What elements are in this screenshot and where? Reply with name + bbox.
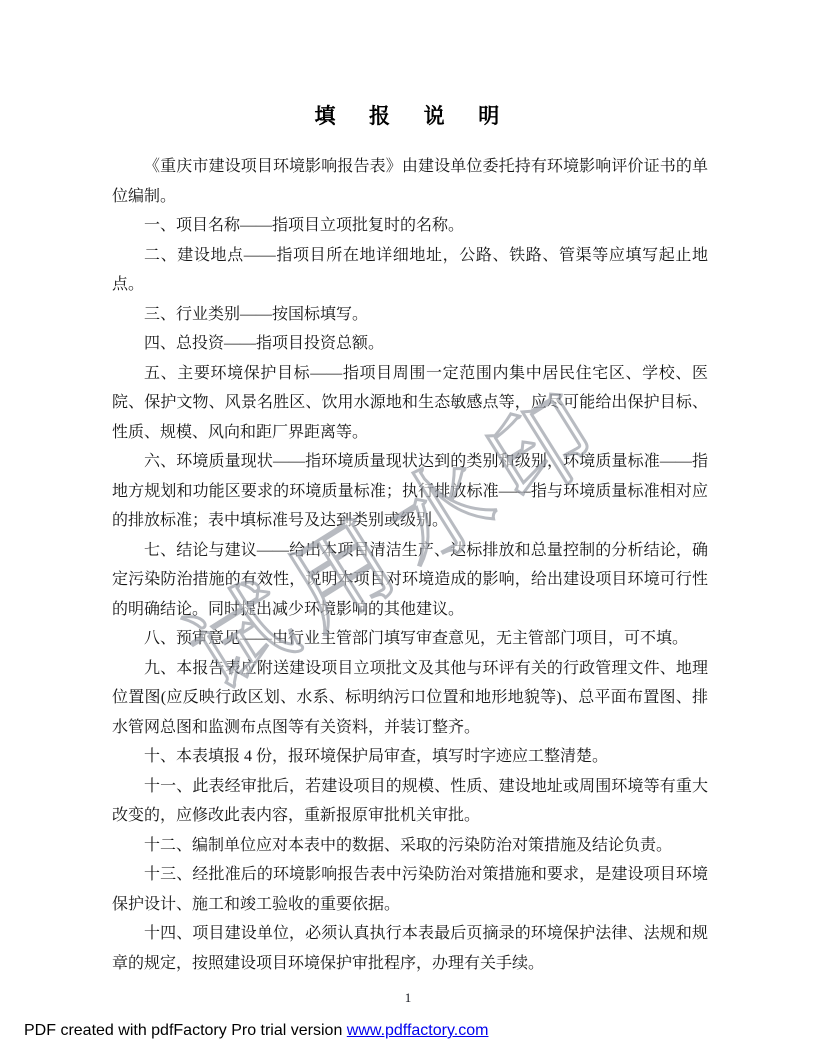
instruction-paragraph: 十二、编制单位应对本表中的数据、采取的污染防治对策措施及结论负责。 <box>112 831 708 861</box>
instruction-paragraph: 五、主要环境保护目标——指项目周围一定范围内集中居民住宅区、学校、医院、保护文物… <box>112 359 708 448</box>
instruction-paragraph: 一、项目名称——指项目立项批复时的名称。 <box>112 211 708 241</box>
pdf-footer: PDF created with pdfFactory Pro trial ve… <box>24 1022 488 1040</box>
pdffactory-link[interactable]: www.pdffactory.com <box>347 1022 489 1039</box>
page-number: 1 <box>0 990 816 1006</box>
instruction-paragraph: 十一、此表经审批后，若建设项目的规模、性质、建设地址或周围环境等有重大改变的，应… <box>112 772 708 831</box>
footer-text: PDF created with pdfFactory Pro trial ve… <box>24 1022 347 1039</box>
instruction-paragraph: 十、本表填报 4 份，报环境保护局审查，填写时字迹应工整清楚。 <box>112 742 708 772</box>
instruction-paragraph: 四、总投资——指项目投资总额。 <box>112 329 708 359</box>
instructions-list: 《重庆市建设项目环境影响报告表》由建设单位委托持有环境影响评价证书的单位编制。一… <box>112 152 708 978</box>
instruction-paragraph: 十四、项目建设单位，必须认真执行本表最后页摘录的环境保护法律、法规和规章的规定，… <box>112 919 708 978</box>
document-page: 试用水印 填 报 说 明 《重庆市建设项目环境影响报告表》由建设单位委托持有环境… <box>0 0 816 1056</box>
page-content: 填 报 说 明 《重庆市建设项目环境影响报告表》由建设单位委托持有环境影响评价证… <box>112 100 708 978</box>
instruction-paragraph: 九、本报告表应附送建设项目立项批文及其他与环评有关的行政管理文件、地理位置图(应… <box>112 654 708 743</box>
page-title: 填 报 说 明 <box>112 100 708 132</box>
instruction-paragraph: 八、预审意见——由行业主管部门填写审查意见，无主管部门项目，可不填。 <box>112 624 708 654</box>
instruction-paragraph: 十三、经批准后的环境影响报告表中污染防治对策措施和要求，是建设项目环境保护设计、… <box>112 860 708 919</box>
instruction-paragraph: 六、环境质量现状——指环境质量现状达到的类别和级别，环境质量标准——指地方规划和… <box>112 447 708 536</box>
instruction-paragraph: 七、结论与建议——给出本项目清洁生产、达标排放和总量控制的分析结论，确定污染防治… <box>112 536 708 625</box>
instruction-paragraph: 二、建设地点——指项目所在地详细地址，公路、铁路、管渠等应填写起止地点。 <box>112 241 708 300</box>
instruction-paragraph: 《重庆市建设项目环境影响报告表》由建设单位委托持有环境影响评价证书的单位编制。 <box>112 152 708 211</box>
instruction-paragraph: 三、行业类别——按国标填写。 <box>112 300 708 330</box>
